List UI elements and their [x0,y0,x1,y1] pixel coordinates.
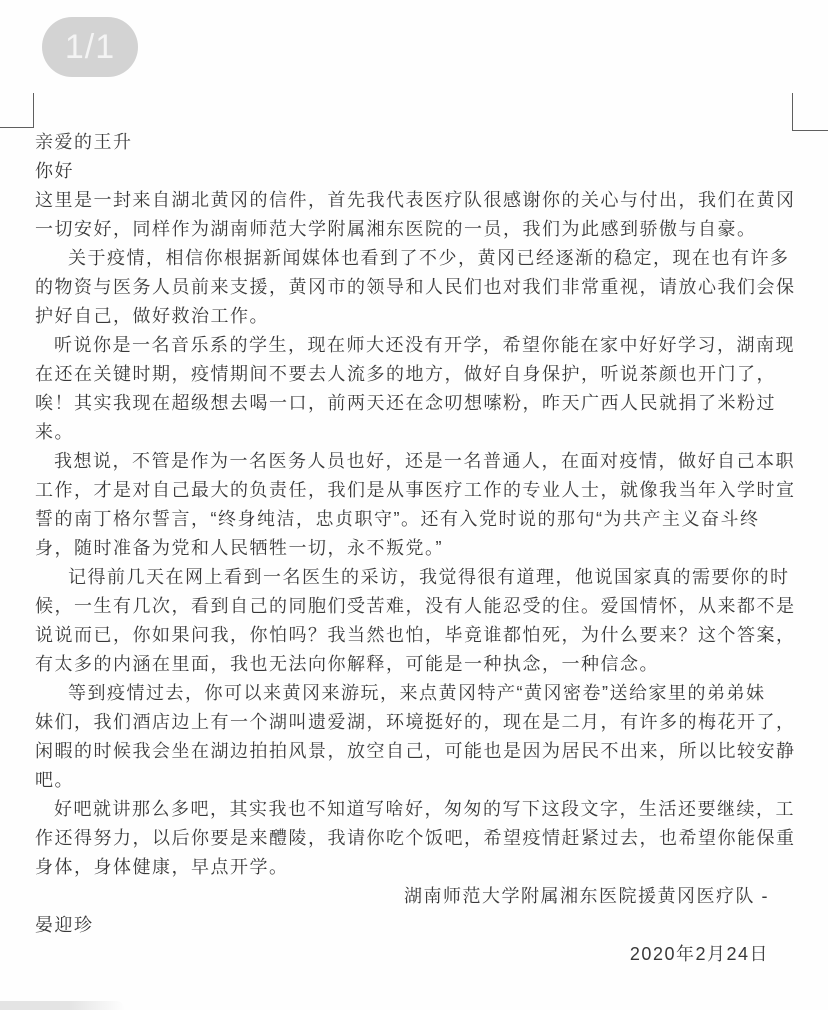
letter-line: 唉！其实我现在超级想去喝一口，前两天还在念叨想嗦粉，昨天广西人民就捐了米粉过 [35,389,795,418]
page-indicator-label: 1/1 [65,28,115,67]
signature-team-line: 湖南师范大学附属湘东医院援黄冈医疗队 - [35,882,795,911]
letter-line: 听说你是一名音乐系的学生，现在师大还没有开学，希望你能在家中好好学习，湖南现 [35,331,795,360]
letter-line: 妹们，我们酒店边上有一个湖叫遗爱湖，环境挺好的，现在是二月，有许多的梅花开了， [35,708,795,737]
signature-name-line: 晏迎珍 [35,911,795,940]
letter-line: 闲暇的时候我会坐在湖边拍拍风景，放空自己，可能也是因为居民不出来，所以比较安静 [35,737,795,766]
page-corner-mark-left-vertical [33,93,34,128]
letter-line: 好吧就讲那么多吧，其实我也不知道写啥好，匆匆的写下这段文字，生活还要继续，工 [35,795,795,824]
page-corner-mark-right-vertical [792,93,793,131]
letter-line: 候，一生有几次，看到自己的同胞们受苦难，没有人能忍受的住。爱国情怀，从来都不是 [35,592,795,621]
letter-line: 一切安好，同样作为湖南师范大学附属湘东医院的一员，我们为此感到骄傲与自豪。 [35,215,795,244]
letter-line: 作还得努力，以后你要是来醴陵，我请你吃个饭吧，希望疫情赶紧过去，也希望你能保重 [35,824,795,853]
letter-line: 的物资与医务人员前来支援，黄冈市的领导和人民们也对我们非常重视，请放心我们会保 [35,273,795,302]
letter-line: 记得前几天在网上看到一名医生的采访，我觉得很有道理，他说国家真的需要你的时 [35,563,795,592]
letter-line: 等到疫情过去，你可以来黄冈来游玩，来点黄冈特产“黄冈密卷”送给家里的弟弟妹 [35,679,795,708]
letter-line: 誓的南丁格尔誓言，“终身纯洁，忠贞职守”。还有入党时说的那句“为共产主义奋斗终 [35,505,795,534]
letter-line: 护好自己，做好救治工作。 [35,302,795,331]
letter-line: 有太多的内涵在里面，我也无法向你解释，可能是一种执念，一种信念。 [35,650,795,679]
salutation-line: 亲爱的王升 [35,128,795,157]
greeting-line: 你好 [35,157,795,186]
letter-line: 关于疫情，相信你根据新闻媒体也看到了不少，黄冈已经逐渐的稳定，现在也有许多 [35,244,795,273]
letter-line: 在还在关键时期，疫情期间不要去人流多的地方，做好自身保护，听说茶颜也开门了， [35,360,795,389]
letter-line: 工作，才是对自己最大的负责任，我们是从事医疗工作的专业人士，就像我当年入学时宣 [35,476,795,505]
date-line: 2020年2月24日 [35,940,795,969]
letter-line: 来。 [35,418,795,447]
letter-body: 亲爱的王升你好这里是一封来自湖北黄冈的信件，首先我代表医疗队很感谢你的关心与付出… [35,128,795,969]
page-corner-mark-right-horizontal [792,130,828,131]
letter-line: 这里是一封来自湖北黄冈的信件，首先我代表医疗队很感谢你的关心与付出，我们在黄冈 [35,186,795,215]
bottom-overlay-fragment [0,1001,125,1010]
letter-line: 身，随时准备为党和人民牺牲一切，永不叛党。” [35,534,795,563]
letter-line: 我想说，不管是作为一名医务人员也好，还是一名普通人，在面对疫情，做好自己本职 [35,447,795,476]
page-indicator-badge: 1/1 [42,17,138,77]
letter-line: 吧。 [35,766,795,795]
page-corner-mark-left-horizontal [0,127,34,128]
letter-line: 身体，身体健康，早点开学。 [35,853,795,882]
letter-line: 说说而已，你如果问我，你怕吗？我当然也怕，毕竟谁都怕死，为什么要来？这个答案， [35,621,795,650]
